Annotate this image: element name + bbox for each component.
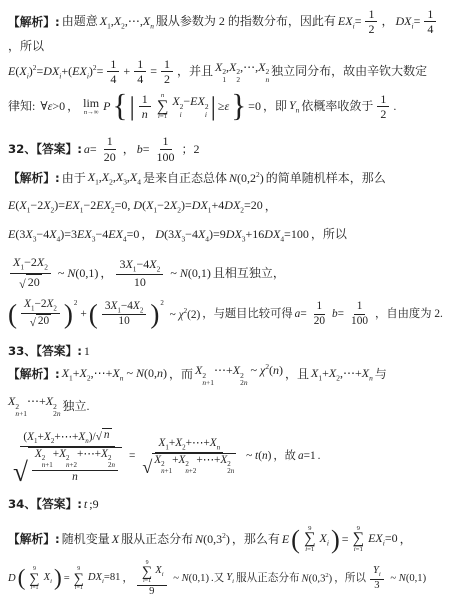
solution-32-analysis-line-5: (X1−2X2√20)2+(3X1−4X210)2 ~ χ2(2)，与题目比较可…: [8, 298, 465, 330]
solution-33-analysis-line-3: (X1+X2+⋯+Xn)/√n√X2n+1+X2n+2+⋯+X22nn=X1+X…: [8, 428, 465, 484]
solution-31-analysis-line-3: 律知: ∀ε>0，limn→∞P{|1nn∑i=1X2i−EX2i|≥ε}=0，…: [8, 92, 465, 122]
solution-32-analysis-line-2: E(X1−2X2)=EX1−2EX2=0, D(X1−2X2)=DX1+4DX2…: [8, 198, 465, 215]
solution-33-answer: 33、【答案】:1: [8, 344, 465, 359]
solution-31-analysis-line-2: E(Xi)2=DXi+(EXi)2=14+14=12，并且X21,X22,⋯,X…: [8, 57, 465, 87]
solution-33-analysis-line-2: X2n+1⋯+X22n独立.: [8, 394, 465, 418]
solution-34-analysis-line-1: 【解析】:随机变量X服从正态分布N(0,32)，那么有E(9∑i=1Xi)=9∑…: [8, 525, 465, 554]
solution-32-analysis-line-3: E(3X3−4X4)=3EX3−4EX4=0，D(3X3−4X4)=9DX3+1…: [8, 227, 465, 244]
solution-34: 34、【答案】:t;9 【解析】:随机变量X服从正态分布N(0,32)，那么有E…: [8, 497, 465, 598]
solution-32-analysis-line-1: 【解析】:由于X1,X2,X3,X4是来自正态总体N(0,22)的简单随机样本，…: [8, 170, 465, 187]
solution-33: 33、【答案】:1 【解析】:X1+X2,⋯+Xn ~ N(0,n)，而X2n+…: [8, 344, 465, 484]
solution-31-analysis-line-1: 【解析】:由题意X1,X2,⋯,Xn服从参数为 2 的指数分布，因此有EXi=1…: [8, 7, 465, 54]
solution-32: 32、【答案】:a=120，b=1100；2 【解析】:由于X1,X2,X3,X…: [8, 134, 465, 330]
document-page: 【解析】:由题意X1,X2,⋯,Xn服从参数为 2 的指数分布，因此有EXi=1…: [0, 0, 470, 612]
solution-32-analysis-line-4: X1−2X2√20 ~ N(0,1)，3X1−4X210 ~ N(0,1)且相互…: [8, 255, 465, 291]
solution-33-analysis-line-1: 【解析】:X1+X2,⋯+Xn ~ N(0,n)，而X2n+1⋯+X22n ~ …: [8, 362, 465, 387]
solution-31: 【解析】:由题意X1,X2,⋯,Xn服从参数为 2 的指数分布，因此有EXi=1…: [8, 7, 465, 121]
solution-34-answer: 34、【答案】:t;9: [8, 497, 465, 512]
solution-32-answer: 32、【答案】:a=120，b=1100；2: [8, 134, 465, 164]
solution-34-analysis-line-2: D(9∑i=1Xi)=9∑i=1DXi=81，9∑i=1Xi9 ~ N(0,1)…: [8, 560, 465, 599]
